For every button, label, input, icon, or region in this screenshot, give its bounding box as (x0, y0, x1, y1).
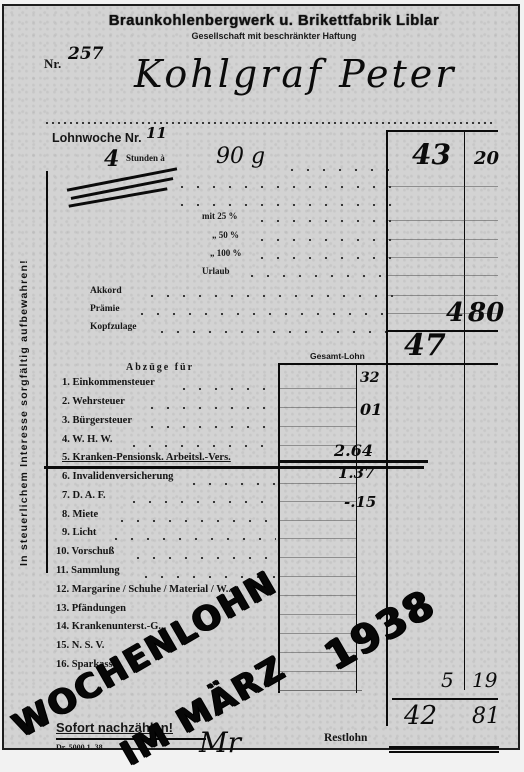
row-rule (280, 483, 356, 484)
extra-row-label: Prämie (90, 304, 120, 314)
earnings-row-label: mit 25 % (202, 211, 238, 221)
dot-leader (130, 557, 276, 559)
deduction-label: 15. N. S. V. (56, 640, 104, 651)
net-label: Restlohn (324, 732, 367, 744)
form-code: Dr. 5000 1. 38 (56, 743, 103, 752)
deduction-total-mark: 5 (441, 668, 454, 692)
row-rule (280, 614, 356, 615)
gross-label: Gesamt-Lohn (310, 351, 365, 361)
deduction-label: 7. D. A. F. (62, 490, 106, 501)
row-rule (388, 239, 498, 240)
company-title: Braunkohlenbergwerk u. Brikettfabrik Lib… (54, 12, 494, 29)
bonus-amount-pf: 80 (468, 298, 504, 328)
pay-week-value: 11 (146, 124, 167, 142)
dot-leader (126, 445, 276, 447)
base-amount-pf: 20 (474, 148, 499, 169)
earnings-row-label: „ 100 % (210, 248, 242, 258)
row-rule (280, 407, 356, 408)
employee-name: Kohlgraf Peter (134, 52, 456, 96)
base-amount-mark: 43 (412, 138, 451, 171)
row-rule (388, 257, 498, 258)
dot-leader (174, 204, 394, 206)
extra-row-label: Kopfzulage (90, 322, 136, 332)
deduction-label: 8. Miete (62, 509, 98, 520)
dot-leader (134, 313, 394, 315)
deduction-value: 32 (360, 370, 379, 386)
dot-leader (174, 186, 394, 188)
deduction-label: 2. Wehrsteuer (62, 396, 125, 407)
earnings-row-label: Urlaub (202, 266, 230, 276)
row-rule (280, 595, 356, 596)
row-rule (280, 576, 356, 577)
dot-leader (176, 388, 276, 390)
net-amount-mark: 42 (404, 701, 437, 731)
name-underline (44, 122, 494, 124)
gross-amount-mark: 47 (404, 328, 446, 363)
row-rule (280, 520, 356, 521)
deduction-value: 1.37 (338, 464, 375, 482)
company-subtitle: Gesellschaft mit beschränkter Haftung (164, 31, 384, 41)
double-rule (389, 751, 499, 753)
dot-leader (114, 520, 276, 522)
net-amount-pf: 81 (472, 704, 500, 729)
dot-leader (284, 169, 394, 171)
payslip-document: Braunkohlenbergwerk u. Brikettfabrik Lib… (2, 4, 520, 750)
earnings-row-label: „ 50 % (212, 230, 239, 240)
dot-leader (108, 538, 276, 540)
dot-leader (254, 239, 394, 241)
deduction-label: 5. Kranken-Pensionsk. Arbeitsl.-Vers. (62, 452, 231, 463)
row-rule (280, 426, 356, 427)
box-line (464, 130, 465, 690)
deduction-label: 6. Invalidenversicherung (62, 471, 173, 482)
deduction-label: 10. Vorschuß (56, 546, 114, 557)
vertical-note: In steuerlichem Interesse sorgfältig auf… (18, 259, 30, 566)
box-line (392, 698, 498, 700)
deduction-label: 9. Licht (62, 527, 96, 538)
dot-leader (144, 407, 276, 409)
dot-leader (244, 275, 394, 277)
deductions-header: Abzüge für (126, 362, 194, 373)
number-label: Nr. (44, 56, 61, 72)
deduction-label: 11. Sammlung (56, 565, 120, 576)
margin-rule (46, 171, 48, 573)
row-rule (280, 388, 356, 389)
row-rule (388, 186, 498, 187)
deduction-label: 3. Bürgersteuer (62, 415, 132, 426)
number-value: 257 (68, 44, 104, 64)
hours-label: Stunden à (126, 153, 165, 163)
hours-prefix: 4 (104, 146, 119, 172)
bonus-amount-mark: 4 (446, 298, 464, 328)
dot-leader (126, 501, 276, 503)
deduction-total-pf: 19 (472, 668, 497, 692)
deduction-value: -.15 (344, 493, 376, 511)
box-line (386, 130, 498, 132)
row-rule (280, 538, 356, 539)
row-rule (388, 295, 498, 296)
dot-leader (144, 295, 394, 297)
ded-bottom (278, 690, 362, 691)
deduction-label: 12. Margarine / Schuhe / Material / W... (56, 584, 234, 595)
row-rule (388, 220, 498, 221)
box-line (278, 363, 498, 365)
dot-leader (254, 257, 394, 259)
deduction-label: 4. W. H. W. (62, 434, 113, 445)
deduction-value: 2.64 (334, 441, 373, 460)
deduction-label: 13. Pfändungen (56, 603, 126, 614)
row-rule (280, 557, 356, 558)
dot-leader (144, 426, 276, 428)
extra-row-label: Akkord (90, 286, 122, 296)
ded-col-line (278, 363, 280, 693)
dot-leader (186, 483, 276, 485)
double-rule (389, 746, 499, 749)
hours-rate: 90 g (216, 144, 265, 169)
double-rule (280, 460, 428, 463)
pay-week-label: Lohnwoche Nr. (52, 131, 142, 145)
dot-leader (254, 220, 394, 222)
dot-leader (154, 331, 394, 333)
deduction-value: 01 (360, 400, 382, 419)
row-rule (388, 275, 498, 276)
deduction-label: 1. Einkommensteuer (62, 377, 155, 388)
